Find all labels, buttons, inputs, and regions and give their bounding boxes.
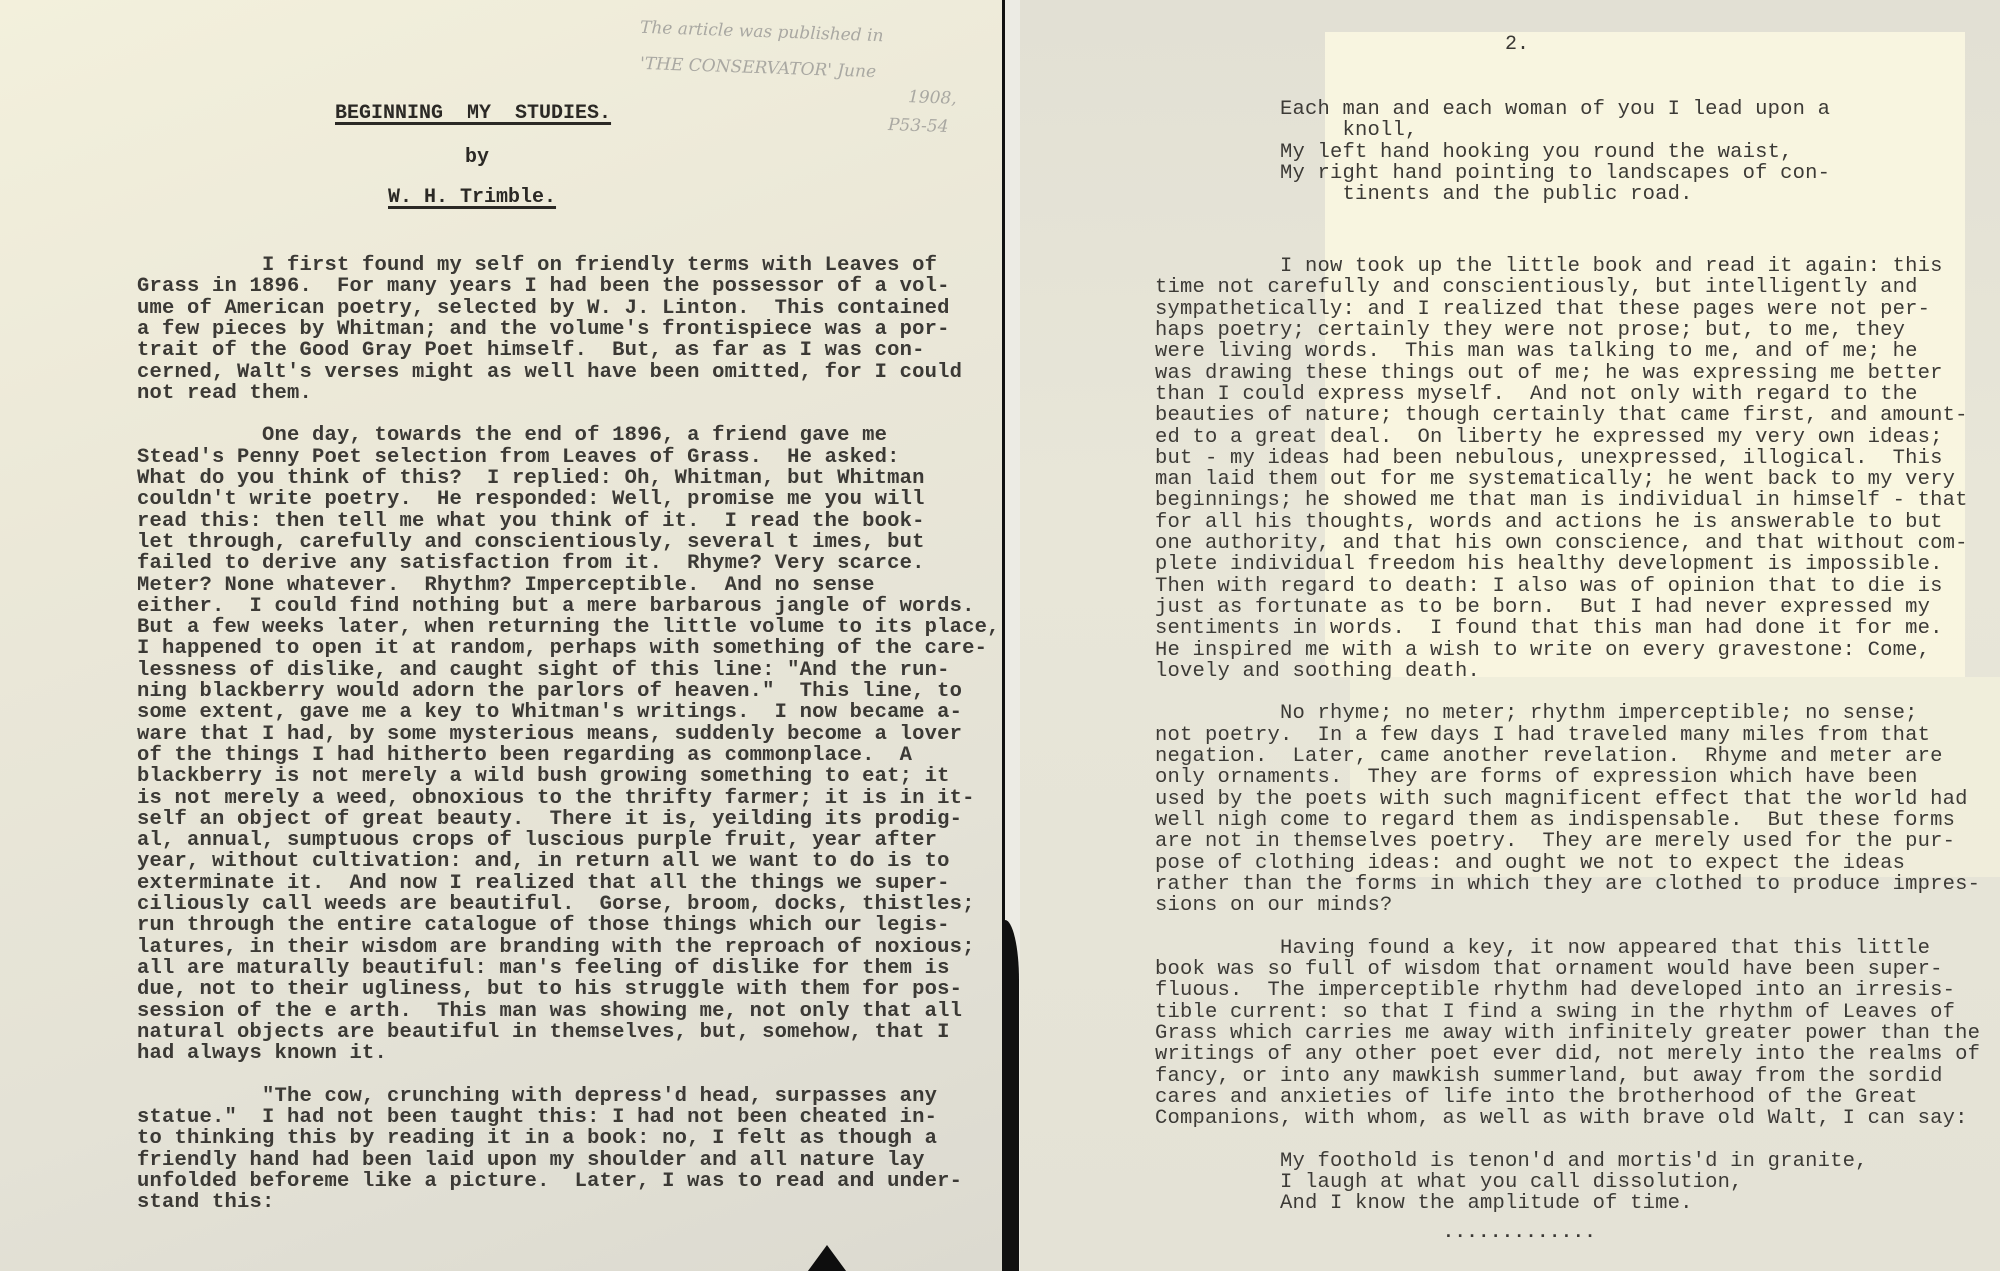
- text-line: ware that I had, by some mysterious mean…: [137, 724, 962, 745]
- text-line: fluous. The imperceptible rhythm had dev…: [1155, 980, 1955, 1001]
- text-line: just as fortunate as to be born. But I h…: [1155, 597, 1930, 618]
- torn-corner: [805, 1245, 849, 1271]
- text-line: for all his thoughts, words and actions …: [1155, 512, 1943, 533]
- handwritten-note-line: The article was published in: [640, 18, 884, 46]
- text-line: Grass in 1896. For many years I had been…: [137, 276, 950, 297]
- text-line: natural objects are beautiful in themsel…: [137, 1022, 950, 1043]
- text-line: to thinking this by reading it in a book…: [137, 1128, 937, 1149]
- text-line: Each man and each woman of you I lead up…: [1155, 99, 1830, 120]
- byline: by: [465, 146, 489, 169]
- text-line: either. I could find nothing but a mere …: [137, 596, 975, 617]
- text-line: sions on our minds?: [1155, 895, 1393, 916]
- text-line: ed to a great deal. On liberty he expres…: [1155, 427, 1943, 448]
- text-line: let through, carefully and conscientious…: [137, 532, 925, 553]
- text-line: session of the e arth. This man was show…: [137, 1001, 962, 1022]
- text-line: are not in themselves poetry. They are m…: [1155, 831, 1955, 852]
- text-line: haps poetry; certainly they were not pro…: [1155, 320, 1905, 341]
- text-line: knoll,: [1155, 120, 1418, 141]
- handwritten-note-line: 1908,: [908, 87, 957, 109]
- text-line: I first found my self on friendly terms …: [137, 255, 937, 276]
- text-line: only ornaments. They are forms of expres…: [1155, 767, 1918, 788]
- text-line: pose of clothing ideas: and ought we not…: [1155, 853, 1905, 874]
- text-line: And I know the amplitude of time.: [1155, 1193, 1693, 1214]
- text-line: What do you think of this? I replied: Oh…: [137, 468, 925, 489]
- text-line: were living words. This man was talking …: [1155, 341, 1918, 362]
- text-line: a few pieces by Whitman; and the volume'…: [137, 319, 950, 340]
- text-line: rather than the forms in which they are …: [1155, 874, 1980, 895]
- text-line: some extent, gave me a key to Whitman's …: [137, 702, 962, 723]
- author-name: W. H. Trimble.: [388, 186, 556, 209]
- text-line: blackberry is not merely a wild bush gro…: [137, 766, 950, 787]
- text-line: ning blackberry would adorn the parlors …: [137, 681, 962, 702]
- text-line: He inspired me with a wish to write on e…: [1155, 640, 1930, 661]
- document-title: BEGINNING MY STUDIES.: [335, 102, 611, 125]
- text-line: ciliously call weeds are beautiful. Gors…: [137, 894, 975, 915]
- text-line: No rhyme; no meter; rhythm imperceptible…: [1155, 703, 1918, 724]
- text-line: Companions, with whom, as well as with b…: [1155, 1108, 1968, 1129]
- left-page: The article was published in 'THE CONSER…: [0, 0, 1002, 1271]
- text-line: read this: then tell me what you think o…: [137, 511, 925, 532]
- text-line: plete individual freedom his healthy dev…: [1155, 554, 1943, 575]
- text-line: sympathetically: and I realized that the…: [1155, 299, 1930, 320]
- text-line: Then with regard to death: I also was of…: [1155, 576, 1943, 597]
- page-gutter: [1002, 0, 1020, 1271]
- text-line: statue." I had not been taught this: I h…: [137, 1107, 937, 1128]
- text-line: Stead's Penny Poet selection from Leaves…: [137, 447, 900, 468]
- text-line: fancy, or into any mawkish summerland, b…: [1155, 1066, 1943, 1087]
- text-line: used by the poets with such magnificent …: [1155, 789, 1968, 810]
- page-number: 2.: [1505, 33, 1529, 56]
- text-line: time not carefully and conscientiously, …: [1155, 277, 1918, 298]
- end-rule: .............: [1443, 1223, 1596, 1243]
- text-line: I happened to open it at random, perhaps…: [137, 638, 987, 659]
- text-line: I laugh at what you call dissolution,: [1155, 1172, 1743, 1193]
- text-line: cares and anxieties of life into the bro…: [1155, 1087, 1918, 1108]
- text-line: My right hand pointing to landscapes of …: [1155, 163, 1830, 184]
- handwritten-note-line: P53-54: [888, 115, 949, 137]
- text-line: But a few weeks later, when returning th…: [137, 617, 1000, 638]
- text-line: run through the entire catalogue of thos…: [137, 915, 950, 936]
- text-line: than I could express myself. And not onl…: [1155, 384, 1918, 405]
- text-line: One day, towards the end of 1896, a frie…: [137, 425, 887, 446]
- text-line: trait of the Good Gray Poet himself. But…: [137, 340, 925, 361]
- text-line: beginnings; he showed me that man is ind…: [1155, 490, 1968, 511]
- text-line: one authority, and that his own conscien…: [1155, 533, 1968, 554]
- text-line: My left hand hooking you round the waist…: [1155, 142, 1793, 163]
- text-line: not read them.: [137, 383, 312, 404]
- text-line: negation. Later, came another revelation…: [1155, 746, 1943, 767]
- text-line: Meter? None whatever. Rhythm? Impercepti…: [137, 575, 875, 596]
- text-line: lovely and soothing death.: [1155, 661, 1480, 682]
- text-line: of the things I had hitherto been regard…: [137, 745, 912, 766]
- text-line: writings of any other poet ever did, not…: [1155, 1044, 1980, 1065]
- text-line: "The cow, crunching with depress'd head,…: [137, 1086, 937, 1107]
- text-line: man laid them out for me systematically;…: [1155, 469, 1955, 490]
- text-line: self an object of great beauty. There it…: [137, 809, 962, 830]
- text-line: tinents and the public road.: [1155, 184, 1693, 205]
- text-line: book was so full of wisdom that ornament…: [1155, 959, 1943, 980]
- text-line: all are maturally beautiful: man's feeli…: [137, 958, 950, 979]
- text-line: failed to derive any satisfaction from i…: [137, 553, 925, 574]
- text-line: latures, in their wisdom are branding wi…: [137, 937, 975, 958]
- text-line: exterminate it. And now I realized that …: [137, 873, 950, 894]
- text-line: friendly hand had been laid upon my shou…: [137, 1150, 925, 1171]
- text-line: My foothold is tenon'd and mortis'd in g…: [1155, 1151, 1868, 1172]
- text-line: year, without cultivation: and, in retur…: [137, 851, 950, 872]
- text-line: unfolded beforeme like a picture. Later,…: [137, 1171, 962, 1192]
- text-line: al, annual, sumptuous crops of luscious …: [137, 830, 937, 851]
- text-line: I now took up the little book and read i…: [1155, 256, 1943, 277]
- text-line: due, not to their ugliness, but to his s…: [137, 979, 962, 1000]
- text-line: sentiments in words. I found that this m…: [1155, 618, 1943, 639]
- text-line: ume of American poetry, selected by W. J…: [137, 298, 950, 319]
- text-line: beauties of nature; though certainly tha…: [1155, 405, 1968, 426]
- text-line: stand this:: [137, 1192, 275, 1213]
- text-line: cerned, Walt's verses might as well have…: [137, 362, 962, 383]
- text-line: couldn't write poetry. He responded: Wel…: [137, 489, 925, 510]
- text-line: had always known it.: [137, 1043, 387, 1064]
- text-line: was drawing these things out of me; he w…: [1155, 363, 1943, 384]
- text-line: but - my ideas had been nebulous, unexpr…: [1155, 448, 1943, 469]
- right-page: Each man and each woman of you I lead up…: [1020, 0, 2000, 1271]
- text-line: tible current: so that I find a swing in…: [1155, 1002, 1955, 1023]
- text-line: well nigh come to regard them as indispe…: [1155, 810, 1955, 831]
- text-line: Grass which carries me away with infinit…: [1155, 1023, 1980, 1044]
- text-line: lessness of dislike, and caught sight of…: [137, 660, 950, 681]
- text-line: is not merely a weed, obnoxious to the t…: [137, 788, 975, 809]
- text-line: Having found a key, it now appeared that…: [1155, 938, 1930, 959]
- handwritten-note-line: 'THE CONSERVATOR' June: [640, 54, 877, 82]
- text-line: not poetry. In a few days I had traveled…: [1155, 725, 1930, 746]
